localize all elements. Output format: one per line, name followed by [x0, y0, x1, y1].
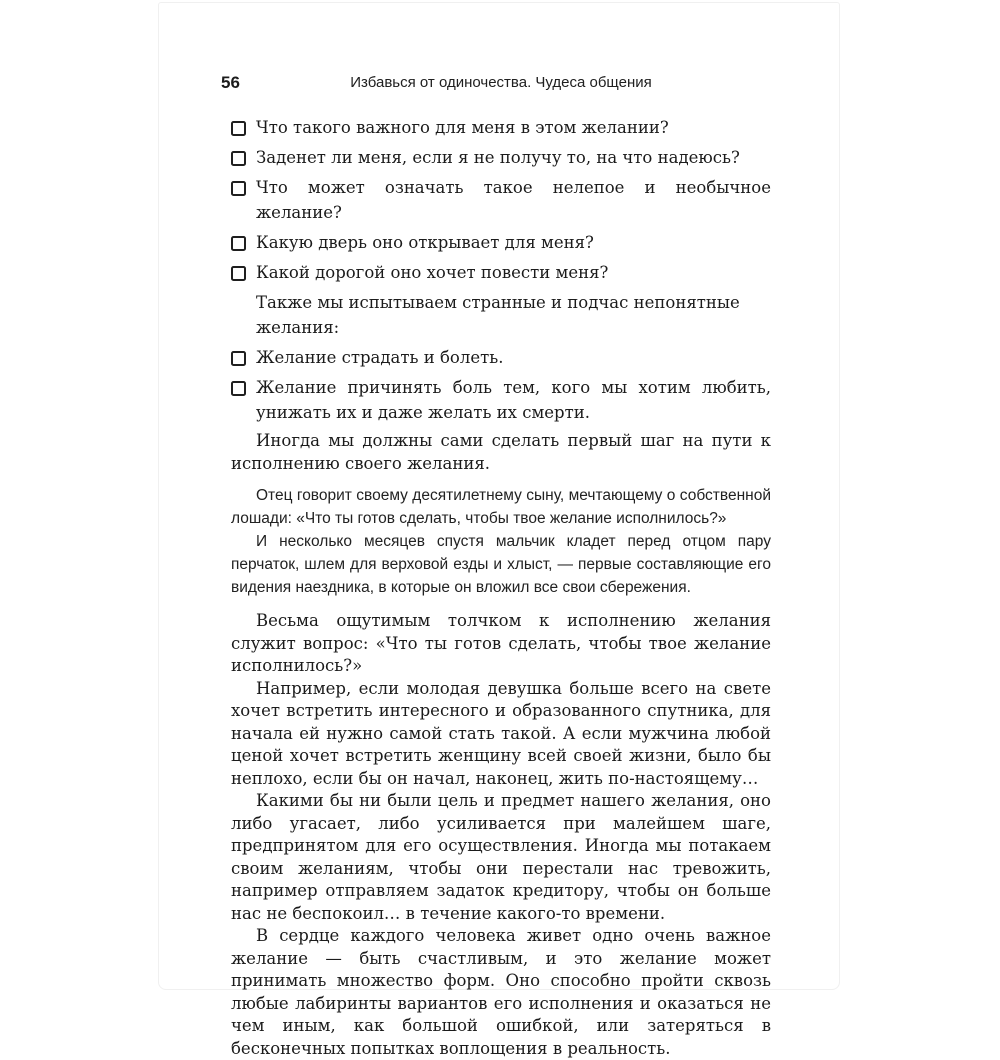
checklist-item: Что такого важного для меня в этом желан… [231, 115, 771, 140]
body-paragraph: Весьма ощутимым толчком к исполнению жел… [231, 610, 771, 678]
body-paragraph: Например, если молодая девушка больше вс… [231, 678, 771, 791]
page-number: 56 [221, 73, 240, 93]
example-block: Отец говорит своему десятилетнему сыну, … [231, 484, 771, 599]
transition-line: Также мы испытываем странные и подчас не… [231, 290, 771, 340]
checkbox-icon [231, 151, 246, 166]
checklist-item: Желание страдать и болеть. [231, 345, 771, 370]
checklist-item-label: Желание причинять боль тем, кого мы хоти… [256, 378, 771, 422]
example-paragraph: И несколько месяцев спустя мальчик кладе… [231, 530, 771, 599]
checklist-item-label: Что такого важного для меня в этом желан… [256, 118, 669, 137]
checklist-item-label: Желание страдать и болеть. [256, 348, 503, 367]
checklist-item: Какой дорогой оно хочет повести меня? [231, 260, 771, 285]
body-paragraph: Какими бы ни были цель и предмет нашего … [231, 790, 771, 925]
checkbox-icon [231, 121, 246, 136]
checklist-item-label: Какой дорогой оно хочет повести меня? [256, 263, 608, 282]
book-page: 56 Избавься от одиночества. Чудеса общен… [158, 2, 840, 990]
body-text: Весьма ощутимым толчком к исполнению жел… [231, 610, 771, 1060]
checklist-desires: Желание страдать и болеть. Желание причи… [231, 345, 771, 425]
checklist-item: Заденет ли меня, если я не получу то, на… [231, 145, 771, 170]
checkbox-icon [231, 181, 246, 196]
running-head: 56 Избавься от одиночества. Чудеса общен… [231, 73, 771, 93]
checklist-item: Желание причинять боль тем, кого мы хоти… [231, 375, 771, 425]
intro-paragraph: Иногда мы должны сами сделать первый шаг… [231, 430, 771, 475]
running-title: Избавься от одиночества. Чудеса общения [231, 73, 771, 93]
checklist-item: Что может означать такое нелепое и необы… [231, 175, 771, 225]
checklist-item-label: Какую дверь оно открывает для меня? [256, 233, 594, 252]
checkbox-icon [231, 236, 246, 251]
checklist-item-label: Что может означать такое нелепое и необы… [256, 178, 771, 222]
example-paragraph: Отец говорит своему десятилетнему сыну, … [231, 484, 771, 530]
checklist-item: Какую дверь оно открывает для меня? [231, 230, 771, 255]
checkbox-icon [231, 381, 246, 396]
checkbox-icon [231, 351, 246, 366]
body-paragraph: В сердце каждого человека живет одно оче… [231, 925, 771, 1060]
checklist-questions: Что такого важного для меня в этом желан… [231, 115, 771, 285]
checkbox-icon [231, 266, 246, 281]
checklist-item-label: Заденет ли меня, если я не получу то, на… [256, 148, 740, 167]
